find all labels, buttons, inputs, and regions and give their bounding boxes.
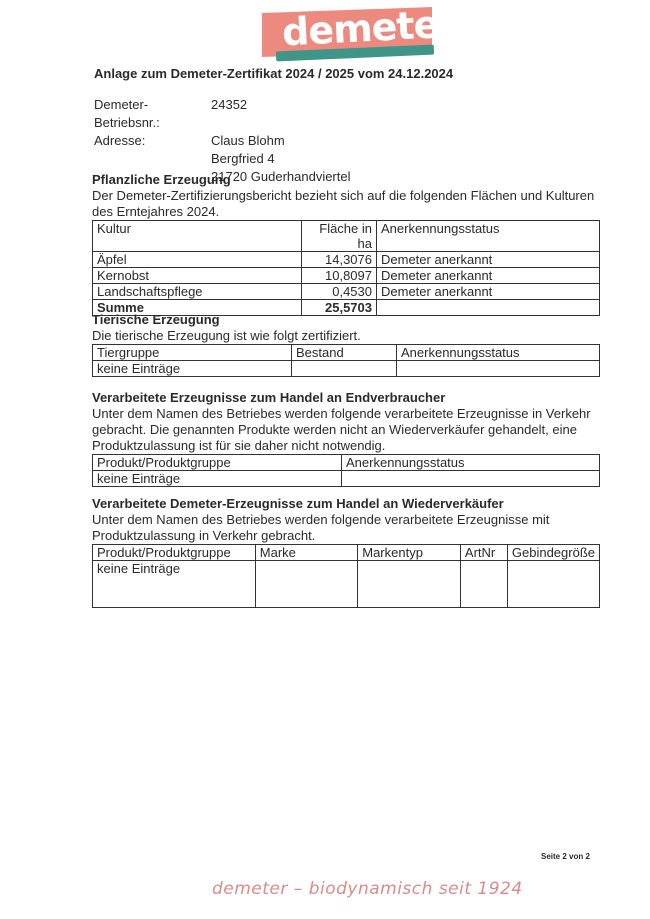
address-line: Bergfried 4 [211, 150, 275, 168]
header-cell: Kultur [93, 221, 302, 252]
table-header-row: Kultur Fläche in ha Anerkennungsstatus [93, 221, 600, 252]
section-plant-production: Pflanzliche Erzeugung Der Demeter-Zertif… [92, 172, 600, 316]
section-text: Die tierische Erzeugung ist wie folgt ze… [92, 328, 600, 344]
table-row: keine Einträge [93, 471, 600, 487]
section-heading: Verarbeitete Demeter-Erzeugnisse zum Han… [92, 496, 600, 512]
table-header-row: Tiergruppe Bestand Anerkennungsstatus [93, 345, 600, 361]
header-cell: Anerkennungsstatus [377, 221, 600, 252]
footer-tagline: demeter – biodynamisch seit 1924 [212, 879, 523, 899]
farm-id-label: Demeter-Betriebsnr.: [94, 96, 211, 132]
table-row: Äpfel 14,3076 Demeter anerkannt [93, 252, 600, 268]
demeter-logo: demeter [262, 8, 434, 60]
table-row: keine Einträge [93, 561, 600, 608]
reseller-table: Produkt/Produktgruppe Marke Markentyp Ar… [92, 544, 600, 608]
animal-table: Tiergruppe Bestand Anerkennungsstatus ke… [92, 344, 600, 377]
section-animal-production: Tierische Erzeugung Die tierische Erzeug… [92, 312, 600, 377]
logo-wordmark: demeter [281, 1, 457, 54]
address-line: Claus Blohm [211, 132, 285, 150]
section-text: Unter dem Namen des Betriebes werden fol… [92, 406, 600, 454]
section-consumer-products: Verarbeitete Erzeugnisse zum Handel an E… [92, 390, 600, 487]
table-header-row: Produkt/Produktgruppe Marke Markentyp Ar… [93, 545, 600, 561]
section-reseller-products: Verarbeitete Demeter-Erzeugnisse zum Han… [92, 496, 600, 608]
plant-table: Kultur Fläche in ha Anerkennungsstatus Ä… [92, 220, 600, 316]
table-header-row: Produkt/Produktgruppe Anerkennungsstatus [93, 455, 600, 471]
section-text: Der Demeter-Zertifizierungsbericht bezie… [92, 188, 600, 220]
table-row: Landschaftspflege 0,4530 Demeter anerkan… [93, 284, 600, 300]
section-heading: Pflanzliche Erzeugung [92, 172, 600, 188]
table-row: Kernobst 10,8097 Demeter anerkannt [93, 268, 600, 284]
section-text: Unter dem Namen des Betriebes werden fol… [92, 512, 600, 544]
consumer-table: Produkt/Produktgruppe Anerkennungsstatus… [92, 454, 600, 487]
address-label: Adresse: [94, 132, 211, 150]
header-cell: Fläche in ha [302, 221, 377, 252]
farm-id-value: 24352 [211, 96, 247, 132]
table-row: keine Einträge [93, 361, 600, 377]
page-number: Seite 2 von 2 [541, 852, 590, 861]
section-heading: Tierische Erzeugung [92, 312, 600, 328]
document-title: Anlage zum Demeter-Zertifikat 2024 / 202… [94, 66, 453, 81]
section-heading: Verarbeitete Erzeugnisse zum Handel an E… [92, 390, 600, 406]
